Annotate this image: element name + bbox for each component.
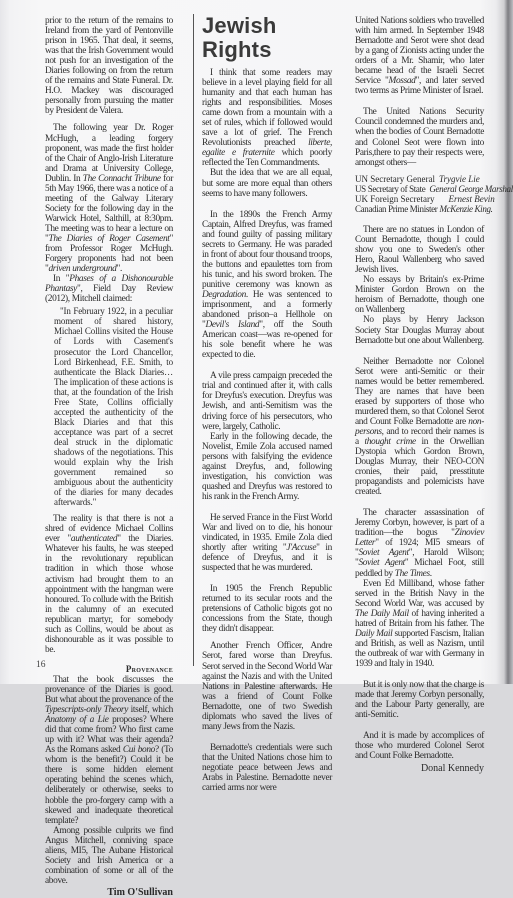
dignitary-row: US Secretary of StateGeneral George Mars… xyxy=(355,184,484,194)
paragraph: The following year Dr. Roger McHugh, a l… xyxy=(45,123,173,274)
paragraph: United Nations soldiers who travelled wi… xyxy=(355,16,484,96)
paragraph: The character assassination of Jeremy Co… xyxy=(355,508,484,578)
paragraph: In "Phases of a Dishonourable Phantasy",… xyxy=(45,274,173,304)
paragraph: Another French Officer, Andre Serot, far… xyxy=(202,641,332,684)
dignitary-row: UN Secretary GeneralTrygvie Lie xyxy=(355,174,484,184)
column-divider xyxy=(193,14,194,666)
paragraph: Even Ed Milliband, whose father served i… xyxy=(355,579,484,669)
article-headline: Jewish Rights xyxy=(202,14,332,62)
paragraph: No essays by Britain's ex-Prime Minister… xyxy=(355,275,484,315)
dignitaries-list: UN Secretary GeneralTrygvie Lie US Secre… xyxy=(355,174,484,214)
dignitary-row: Canadian Prime MinisterMcKenzie King. xyxy=(355,204,484,214)
paragraph: The United Nations Security Council cond… xyxy=(355,107,484,167)
paragraph: That the book discusses the provenance o… xyxy=(45,675,173,684)
block-quote: "In February 1922, in a peculiar moment … xyxy=(54,306,173,507)
paragraph: But the idea that we are all equal, but … xyxy=(202,168,332,198)
paragraph: He served France in the First World War … xyxy=(202,513,332,573)
paragraph: I think that some readers may believe in… xyxy=(202,68,332,168)
paragraph: But it is only now that the charge is ma… xyxy=(355,680,484,684)
paragraph: A vile press campaign preceded the trial… xyxy=(202,371,332,431)
page-number: 16 xyxy=(36,660,46,670)
paragraph: prior to the return of the remains to Ir… xyxy=(45,16,173,116)
column-middle: Jewish Rights I think that some readers … xyxy=(202,14,332,684)
paragraph: There are no statues in London of Count … xyxy=(355,225,484,275)
paragraph: In the 1890s the French Army Captain, Al… xyxy=(202,210,332,361)
magazine-page: prior to the return of the remains to Ir… xyxy=(0,0,513,684)
column-left: prior to the return of the remains to Ir… xyxy=(45,16,173,684)
paragraph: Neither Bernadotte nor Colonel Serot wer… xyxy=(355,357,484,498)
paragraph: Early in the following decade, the Novel… xyxy=(202,432,332,502)
paragraph: In 1905 the French Republic returned to … xyxy=(202,584,332,634)
column-right: United Nations soldiers who travelled wi… xyxy=(355,16,484,684)
paragraph: The reality is that there is not a shred… xyxy=(45,514,173,655)
paragraph: No plays by Henry Jackson Society Star D… xyxy=(355,315,484,345)
section-heading: Provenance xyxy=(45,664,173,674)
dignitary-row: UK Foreign SecretaryErnest Bevin xyxy=(355,194,484,204)
